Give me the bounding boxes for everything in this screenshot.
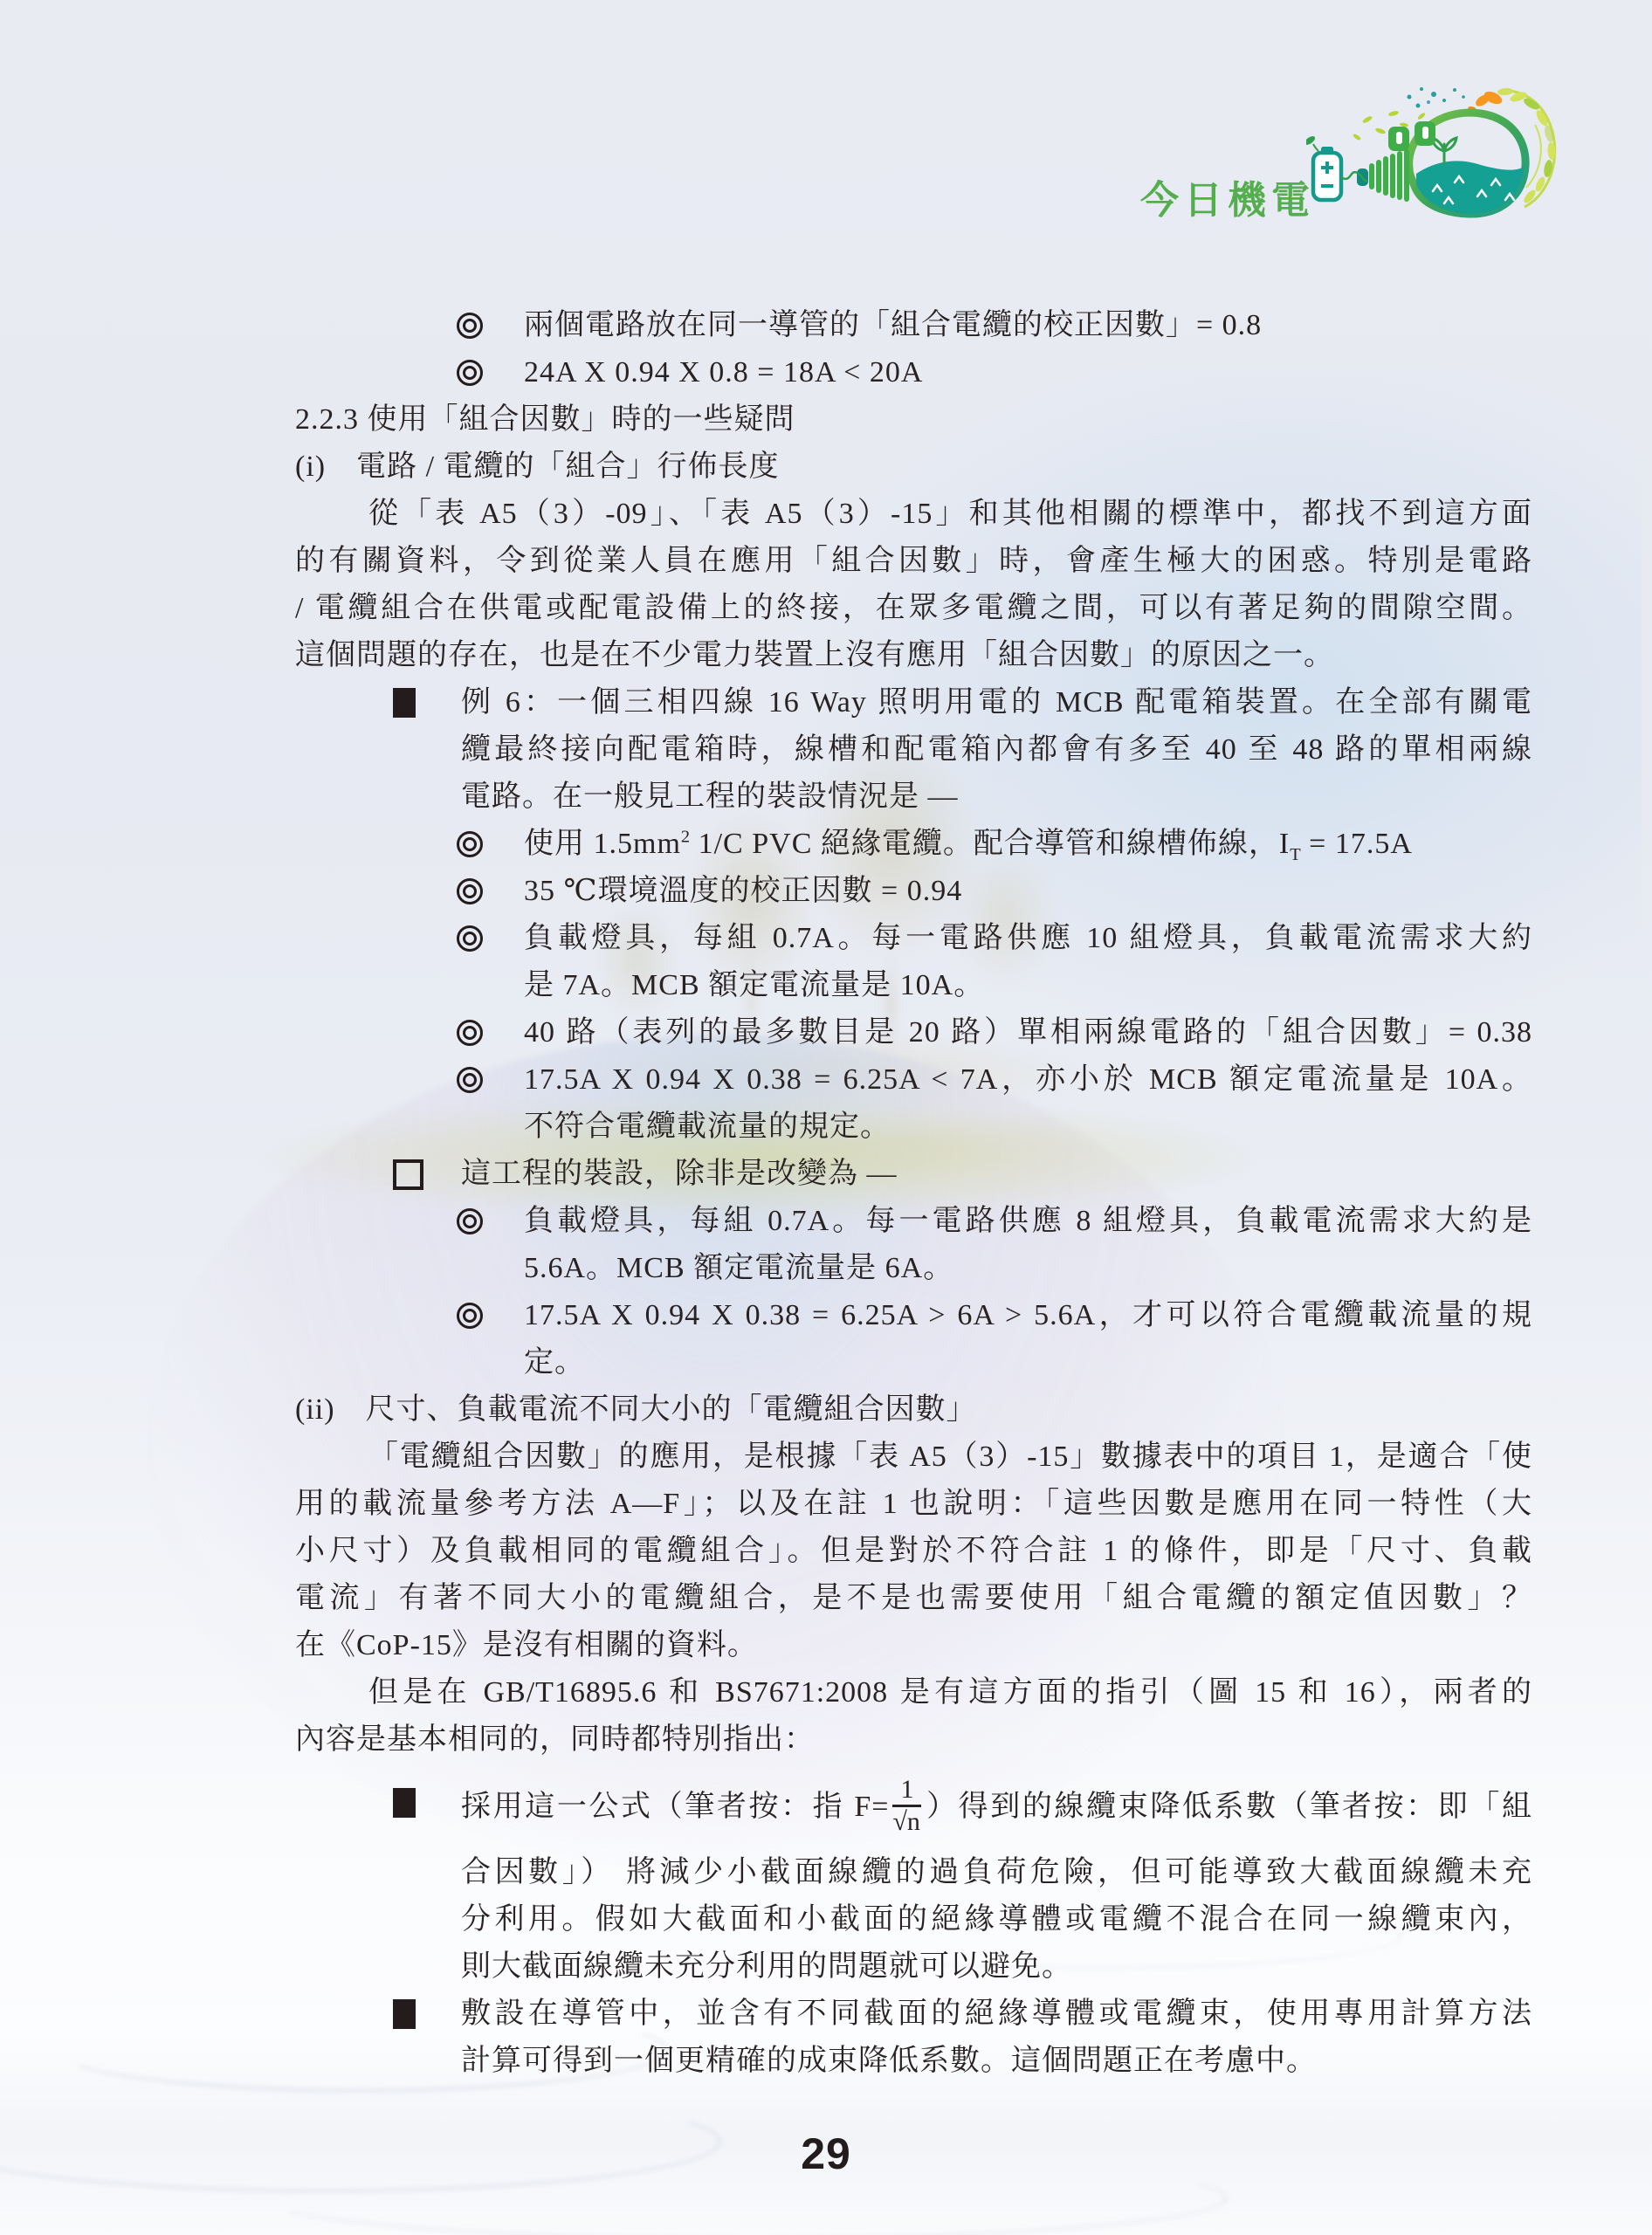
text-line: 17.5A X 0.94 X 0.38 = 6.25A > 6A > 5.6A，…: [295, 1292, 1532, 1339]
text-line: 計算可得到一個更精確的成束降低系數。這個問題正在考慮中。: [295, 2038, 1532, 2085]
text-line: (i) 電路 / 電纜的「組合」行佈長度: [295, 444, 1532, 491]
text-line: 分利用。假如大截面和小截面的絕緣導體或電纜不混合在同一線纜束內，: [295, 1896, 1532, 1943]
text-line: 負載燈具，每組 0.7A。每一電路供應 8 組燈具，負載電流需求大約是: [295, 1198, 1532, 1245]
double-circle-bullet-icon: [457, 1056, 483, 1104]
magazine-page: 今日機電: [0, 0, 1652, 2235]
text-line: 但是在 GB/T16895.6 和 BS7671:2008 是有這方面的指引（圖…: [295, 1669, 1532, 1716]
double-circle-bullet-icon: [457, 915, 483, 962]
double-circle-bullet-icon: [457, 1009, 483, 1056]
text-line: 負載燈具，每組 0.7A。每一電路供應 10 組燈具，負載電流需求大約: [295, 915, 1532, 962]
text-line: 從「表 A5（3）-09」、「表 A5（3）-15」和其他相關的標準中，都找不到…: [295, 491, 1532, 538]
leaf-icon: [1306, 134, 1317, 147]
double-circle-bullet-icon: [457, 868, 483, 915]
text-line: 「電纜組合因數」的應用，是根據「表 A5（3）-15」數據表中的項目 1，是適合…: [295, 1434, 1532, 1481]
text-line: 在《CoP-15》是沒有相關的資料。: [295, 1622, 1532, 1669]
hollow-square-bullet-icon: [393, 1151, 423, 1198]
text-line: 40 路（表列的最多數目是 20 路）單相兩線電路的「組合因數」= 0.38: [295, 1009, 1532, 1056]
sprout-icon: [1432, 138, 1456, 163]
text-line: 5.6A。MCB 額定電流量是 6A。: [295, 1245, 1532, 1292]
double-circle-bullet-icon: [457, 349, 483, 396]
text-line: 電流」有著不同大小的電纜組合，是不是也需要使用「組合電纜的額定值因數」？: [295, 1575, 1532, 1622]
text-line: 電路。在一般見工程的裝設情況是 —: [295, 774, 1532, 821]
text-line: / 電纜組合在供電或配電設備上的終接，在眾多電纜之間，可以有著足夠的間隙空間。: [295, 585, 1532, 632]
text-line: 是 7A。MCB 額定電流量是 10A。: [295, 962, 1532, 1009]
eco-lightbulb-logo-icon: [1306, 83, 1568, 227]
text-line: 兩個電路放在同一導管的「組合電纜的校正因數」= 0.8: [295, 302, 1532, 349]
text-line: 例 6：一個三相四線 16 Way 照明用電的 MCB 配電箱裝置。在全部有關電: [295, 679, 1532, 726]
text-line: 的有關資料，令到從業人員在應用「組合因數」時，會產生極大的困惑。特別是電路: [295, 538, 1532, 585]
text-line: 35 ℃環境溫度的校正因數 = 0.94: [295, 868, 1532, 915]
text-line: 17.5A X 0.94 X 0.38 = 6.25A < 7A，亦小於 MCB…: [295, 1056, 1532, 1104]
text-line: 用的載流量參考方法 A—F」；以及在註 1 也說明：「這些因數是應用在同一特性（…: [295, 1481, 1532, 1528]
text-line: 內容是基本相同的，同時都特別指出：: [295, 1716, 1532, 1764]
text-line: (ii) 尺寸、負載電流不同大小的「電纜組合因數」: [295, 1386, 1532, 1434]
double-circle-bullet-icon: [457, 1198, 483, 1245]
battery-icon: [1306, 134, 1367, 200]
double-circle-bullet-icon: [457, 302, 483, 349]
brand-title: 今日機電: [1140, 168, 1315, 224]
text-line: 合因數」） 將減少小截面線纜的過負荷危險，但可能導致大截面線纜未充: [295, 1849, 1532, 1896]
text-line: 這個問題的存在，也是在不少電力裝置上沒有應用「組合因數」的原因之一。: [295, 632, 1532, 679]
text-line: 這工程的裝設，除非是改變為 —: [295, 1151, 1532, 1198]
scatter-dots-icon: [1408, 87, 1465, 108]
text-line: 不符合電纜載流量的規定。: [295, 1104, 1532, 1151]
text-line: 使用 1.5mm2 1/C PVC 絕緣電纜。配合導管和線槽佈線，IT = 17…: [295, 821, 1532, 868]
text-line: 定。: [295, 1339, 1532, 1386]
text-line: 小尺寸）及負載相同的電纜組合」。但是對於不符合註 1 的條件，即是「尺寸、負載: [295, 1528, 1532, 1575]
article-body: 兩個電路放在同一導管的「組合電纜的校正因數」= 0.824A X 0.94 X …: [295, 302, 1532, 2085]
filled-square-bullet-icon: [393, 1991, 416, 2038]
double-circle-bullet-icon: [457, 1292, 483, 1339]
text-line: 2.2.3 使用「組合因數」時的一些疑問: [295, 396, 1532, 444]
text-line: 纜最終接向配電箱時，線槽和配電箱內都會有多至 40 至 48 路的單相兩線: [295, 726, 1532, 774]
text-line: 採用這一公式（筆者按：指 F=1√n）得到的線纜束降低系數（筆者按：即「組: [295, 1779, 1532, 1839]
page-number: 29: [0, 2128, 1652, 2179]
text-line: 24A X 0.94 X 0.8 = 18A < 20A: [295, 349, 1532, 396]
page-header: 今日機電: [1135, 83, 1572, 240]
fraction: 1√n: [892, 1776, 921, 1835]
text-line: 則大截面線纜未充分利用的問題就可以避免。: [295, 1943, 1532, 1991]
filled-square-bullet-icon: [393, 679, 416, 726]
filled-square-bullet-icon: [393, 1779, 416, 1826]
double-circle-bullet-icon: [457, 821, 483, 868]
text-line: 敷設在導管中，並含有不同截面的絕緣導體或電纜束，使用專用計算方法: [295, 1991, 1532, 2038]
